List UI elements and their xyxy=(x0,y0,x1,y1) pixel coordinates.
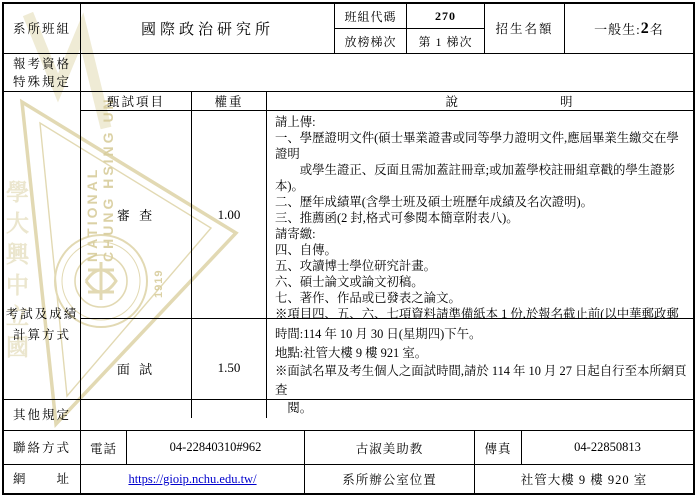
other-rules-label: 其他規定 xyxy=(4,400,81,430)
website-link[interactable]: https://gioip.nchu.edu.tw/ xyxy=(128,472,256,487)
admission-info-table: 系所班組 國際政治研究所 班組代碼 放榜梯次 270 第 1 梯次 招生名額 一… xyxy=(2,2,695,495)
review-weight: 1.00 xyxy=(192,111,267,318)
other-rules-content xyxy=(81,400,693,430)
quota-number: 2 xyxy=(641,20,650,38)
website-label: 網 址 xyxy=(4,465,81,493)
exam-weight-header: 權重 xyxy=(192,92,267,110)
review-description: 請上傳: 一、學歷證明文件(碩士畢業證書或同等學力證明文件,應屆畢業生繳交在學證… xyxy=(267,111,693,318)
exam-scoring-label: 考試及成績 計算方式 xyxy=(4,92,81,399)
contact-label: 聯絡方式 xyxy=(4,431,81,464)
row-website: 網 址 https://gioip.nchu.edu.tw/ 系所辦公室位置 社… xyxy=(4,465,693,493)
review-description-text: 請上傳: 一、學歷證明文件(碩士畢業證書或同等學力證明文件,應屆畢業生繳交在學證… xyxy=(275,114,689,318)
row-special-requirements: 報考資格 特殊規定 xyxy=(4,54,693,92)
class-code-value: 270 xyxy=(407,4,484,29)
exam-subtable: 甄試項目 權重 說 明 審 查 1.00 請上傳: 一、學歷證明文件(碩士畢業證… xyxy=(81,92,693,399)
fax-label: 傳真 xyxy=(475,431,522,464)
exam-row-review: 審 查 1.00 請上傳: 一、學歷證明文件(碩士畢業證書或同等學力證明文件,應… xyxy=(81,111,693,319)
row-exam-scoring: 考試及成績 計算方式 甄試項目 權重 說 明 審 查 1.00 請上傳: 一、學… xyxy=(4,92,693,400)
row-contact: 聯絡方式 電話 04-22840310#962 古淑美助教 傳真 04-2285… xyxy=(4,431,693,465)
phone-label: 電話 xyxy=(81,431,127,464)
exam-scoring-label-text: 考試及成績 計算方式 xyxy=(6,304,79,346)
office-location-label: 系所辦公室位置 xyxy=(305,465,475,493)
class-code-label: 班組代碼 xyxy=(335,4,406,29)
desc-header-left: 說 xyxy=(445,92,460,110)
special-requirements-content xyxy=(81,54,693,91)
exam-item-header: 甄試項目 xyxy=(81,92,192,110)
row-other-rules: 其他規定 xyxy=(4,400,693,431)
code-batch-values: 270 第 1 梯次 xyxy=(407,4,485,53)
release-batch-value: 第 1 梯次 xyxy=(407,29,484,53)
phone-number: 04-22840310#962 xyxy=(127,431,305,464)
office-location-value: 社管大樓 9 樓 920 室 xyxy=(475,465,693,493)
special-requirements-label: 報考資格 特殊規定 xyxy=(4,54,81,91)
website-url-cell: https://gioip.nchu.edu.tw/ xyxy=(81,465,305,493)
release-batch-label: 放榜梯次 xyxy=(335,29,406,53)
department-row-label: 系所班組 xyxy=(4,4,81,53)
desc-header-right: 明 xyxy=(560,92,575,110)
quota-value: 一般生:2 名 xyxy=(565,4,693,53)
contact-person: 古淑美助教 xyxy=(305,431,475,464)
code-batch-labels: 班組代碼 放榜梯次 xyxy=(335,4,407,53)
quota-prefix: 一般生: xyxy=(594,19,641,38)
review-item-name: 審 查 xyxy=(81,111,192,318)
row-department: 系所班組 國際政治研究所 班組代碼 放榜梯次 270 第 1 梯次 招生名額 一… xyxy=(4,4,693,54)
quota-suffix: 名 xyxy=(650,19,664,38)
quota-label: 招生名額 xyxy=(485,4,565,53)
exam-header-row: 甄試項目 權重 說 明 xyxy=(81,92,693,111)
fax-number: 04-22850813 xyxy=(522,431,693,464)
exam-desc-header: 說 明 xyxy=(267,92,693,110)
department-name: 國際政治研究所 xyxy=(81,4,335,53)
